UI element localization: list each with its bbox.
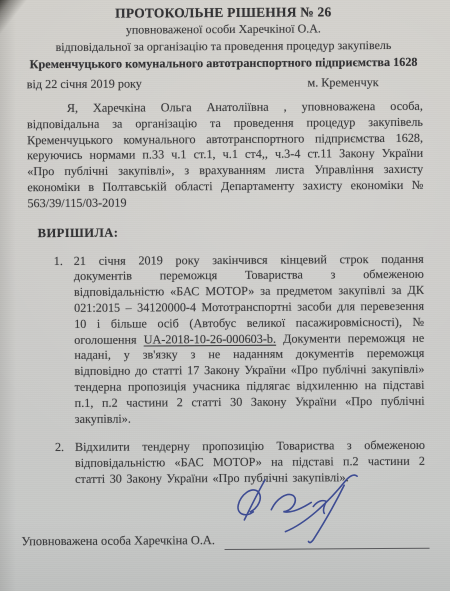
decision-list: 1.21 січня 2019 року закінчився кінцевий…: [0, 251, 450, 488]
document-date: від 22 січня 2019 року: [27, 77, 142, 93]
resolved-heading: ВИРІШИЛА:: [38, 223, 450, 241]
item-text: Відхилити тендерну пропозицію Товариства…: [75, 438, 425, 486]
document-header: ПРОТОКОЛЬНЕ РІШЕННЯ № 26 уповноваженої о…: [0, 0, 449, 73]
signature-row: Уповноважена особа Харечкіна О.А.: [21, 531, 429, 548]
document-page: ПРОТОКОЛЬНЕ РІШЕННЯ № 26 уповноваженої о…: [0, 0, 450, 591]
intro-paragraph: Я, Харечкіна Ольга Анатоліївна , уповнов…: [27, 99, 424, 212]
item-number: 2.: [55, 440, 64, 456]
organization-name: Кременчуцького комунального автотранспор…: [0, 54, 449, 74]
document-photo: ПРОТОКОЛЬНЕ РІШЕННЯ № 26 уповноваженої о…: [0, 0, 450, 591]
signature-line: [225, 537, 430, 549]
decision-item-1: 1.21 січня 2019 року закінчився кінцевий…: [54, 251, 425, 427]
date-place-row: від 22 січня 2019 року м. Кременчук: [27, 75, 421, 92]
signature-label: Уповноважена особа Харечкіна О.А.: [21, 533, 215, 549]
item-number: 1.: [54, 254, 63, 270]
decision-item-2: 2.Відхилити тендерну пропозицію Товарист…: [55, 438, 425, 488]
announcement-number: UA-2018-10-26-000603-b.: [144, 331, 276, 346]
document-place: м. Кременчук: [307, 75, 378, 90]
